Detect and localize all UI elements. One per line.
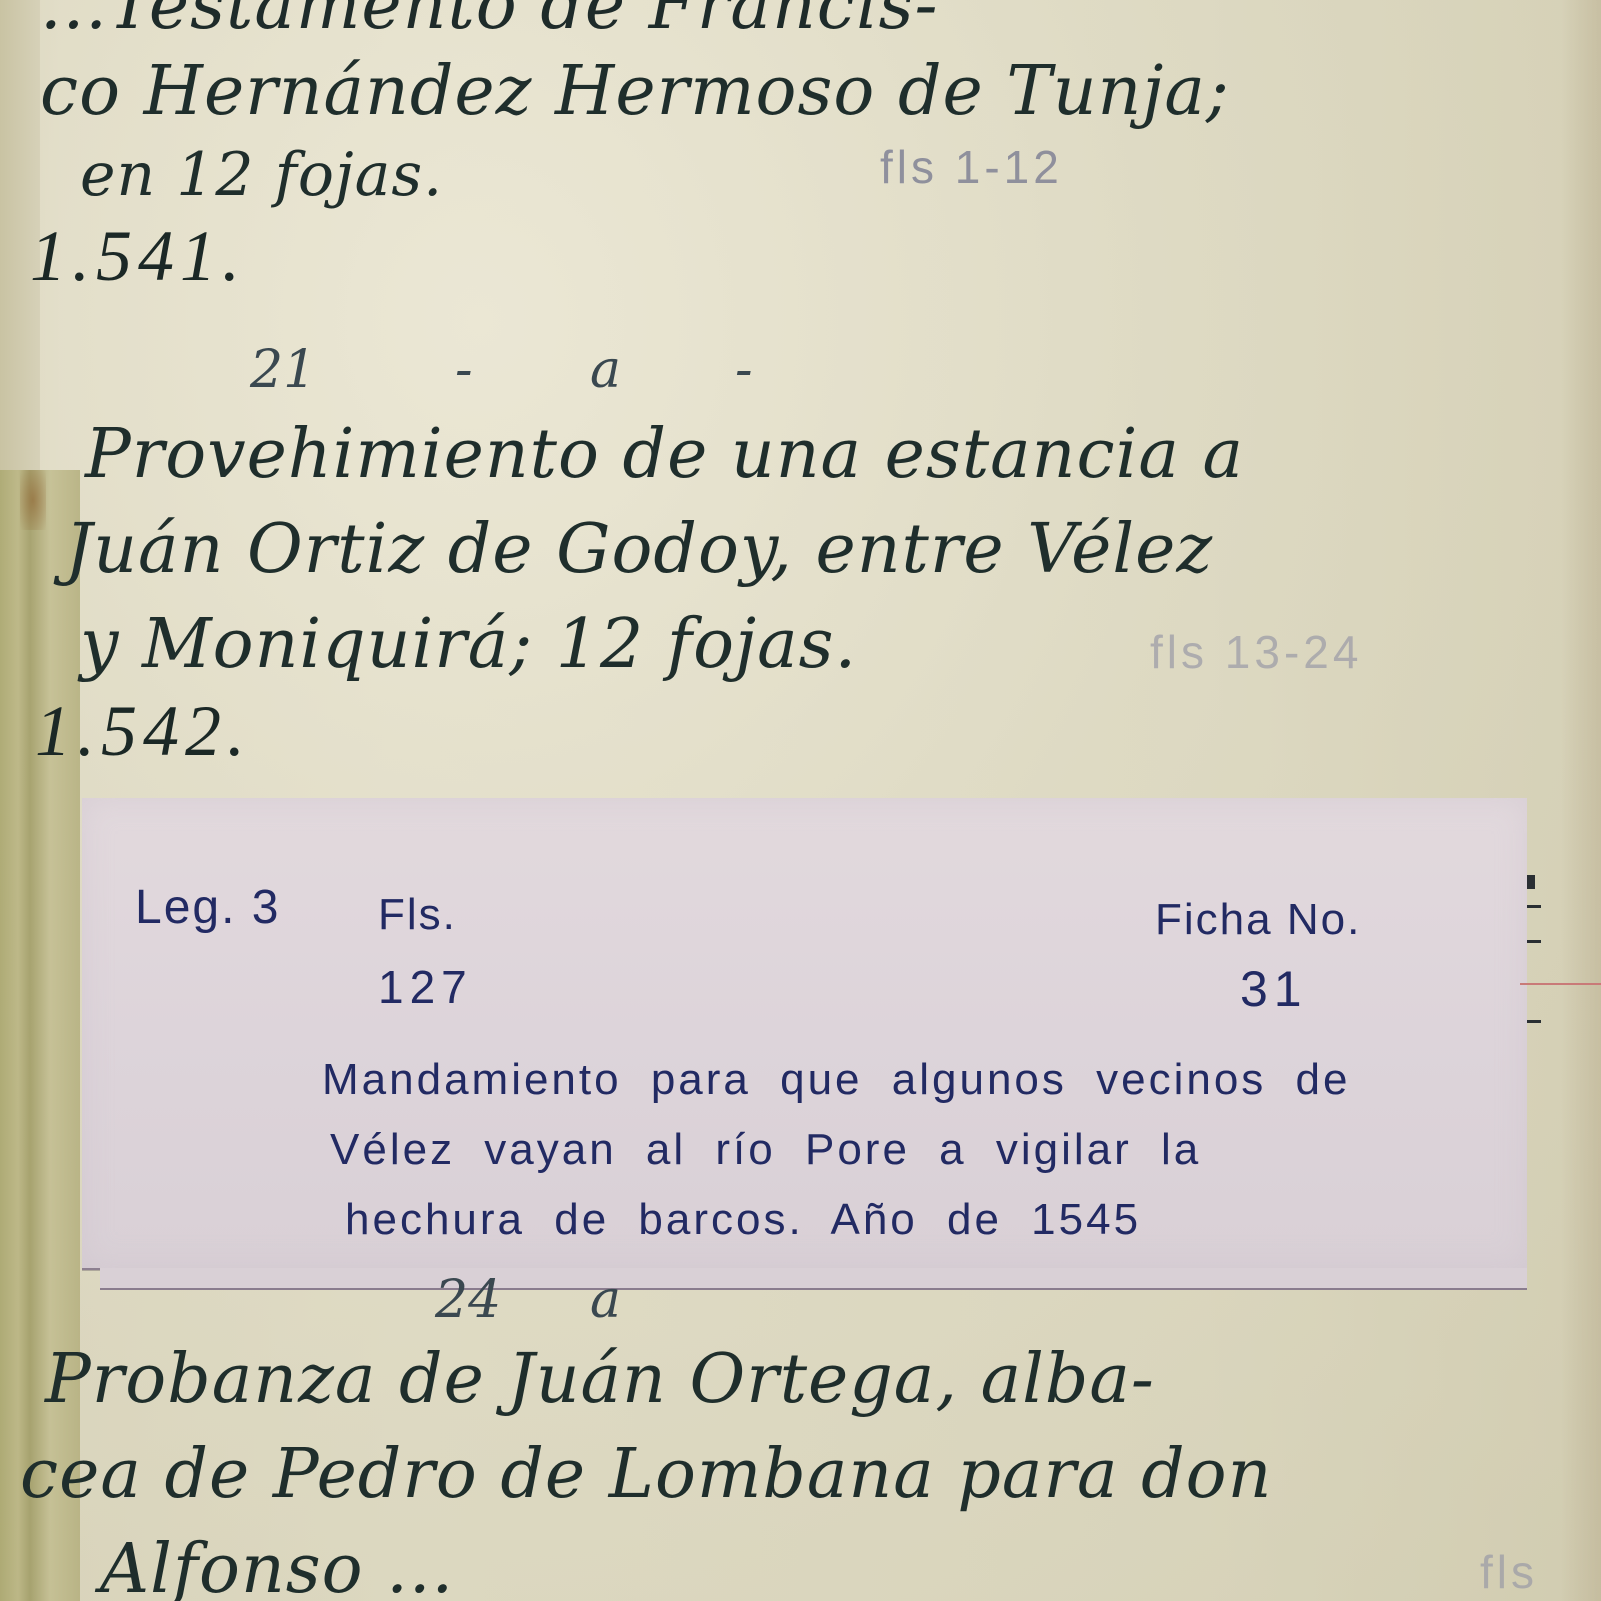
- rust-stain: [20, 470, 46, 530]
- entry-2-dash-left: -: [455, 340, 473, 400]
- index-card-edge: [100, 1268, 1527, 1290]
- entry-1-year: 1.541.: [30, 215, 246, 298]
- red-margin-line: [1520, 983, 1601, 985]
- entry-1-line-3: en 12 fojas.: [80, 140, 443, 210]
- edge-ink-mark: [1527, 875, 1535, 889]
- card-folios-label: Fls.: [378, 890, 457, 940]
- card-ficha-label: Ficha No.: [1155, 895, 1361, 945]
- entry-2-year: 1.542.: [35, 690, 251, 773]
- document-page: ...Testamento de Francis- co Hernández H…: [0, 0, 1601, 1601]
- entry-2-number: 21: [250, 340, 316, 400]
- entry-2-line-1: Provehimiento de una estancia a: [85, 415, 1244, 494]
- entry-3-letter: a: [590, 1270, 621, 1330]
- edge-ink-mark: [1527, 1020, 1541, 1023]
- entry-2-letter: a: [590, 340, 621, 400]
- stained-binding-strip: [0, 470, 80, 1601]
- entry-3-line-3: Alfonso ...: [100, 1530, 454, 1601]
- entry-3-line-1: Probanza de Juán Ortega, alba-: [45, 1340, 1155, 1419]
- entry-2-line-3: y Moniquirá; 12 fojas.: [80, 605, 857, 684]
- entry-1-line-2: co Hernández Hermoso de Tunja;: [40, 52, 1230, 131]
- entry-3-pencil-folios: fls: [1480, 1545, 1538, 1599]
- entry-1-line-1: ...Testamento de Francis-: [40, 0, 938, 45]
- entry-2-dash-right: -: [735, 340, 753, 400]
- edge-ink-mark: [1527, 905, 1541, 908]
- entry-2-line-2: Juán Ortiz de Godoy, entre Vélez: [65, 510, 1213, 589]
- card-folios-value: 127: [378, 960, 473, 1014]
- entry-3-number: 24: [435, 1270, 501, 1330]
- card-legajo: Leg. 3: [135, 880, 280, 935]
- card-ficha-value: 31: [1240, 960, 1308, 1018]
- page-edge-shadow: [1561, 0, 1601, 1601]
- edge-ink-mark: [1527, 940, 1541, 943]
- entry-2-pencil-folios: fls 13-24: [1150, 625, 1362, 679]
- entry-3-line-2: cea de Pedro de Lombana para don: [20, 1435, 1272, 1514]
- entry-1-pencil-folios: fls 1-12: [880, 140, 1063, 194]
- card-description-line-3: hechura de barcos. Año de 1545: [345, 1195, 1141, 1245]
- card-description-line-1: Mandamiento para que algunos vecinos de: [322, 1055, 1350, 1105]
- card-description-line-2: Vélez vayan al río Pore a vigilar la: [330, 1125, 1201, 1175]
